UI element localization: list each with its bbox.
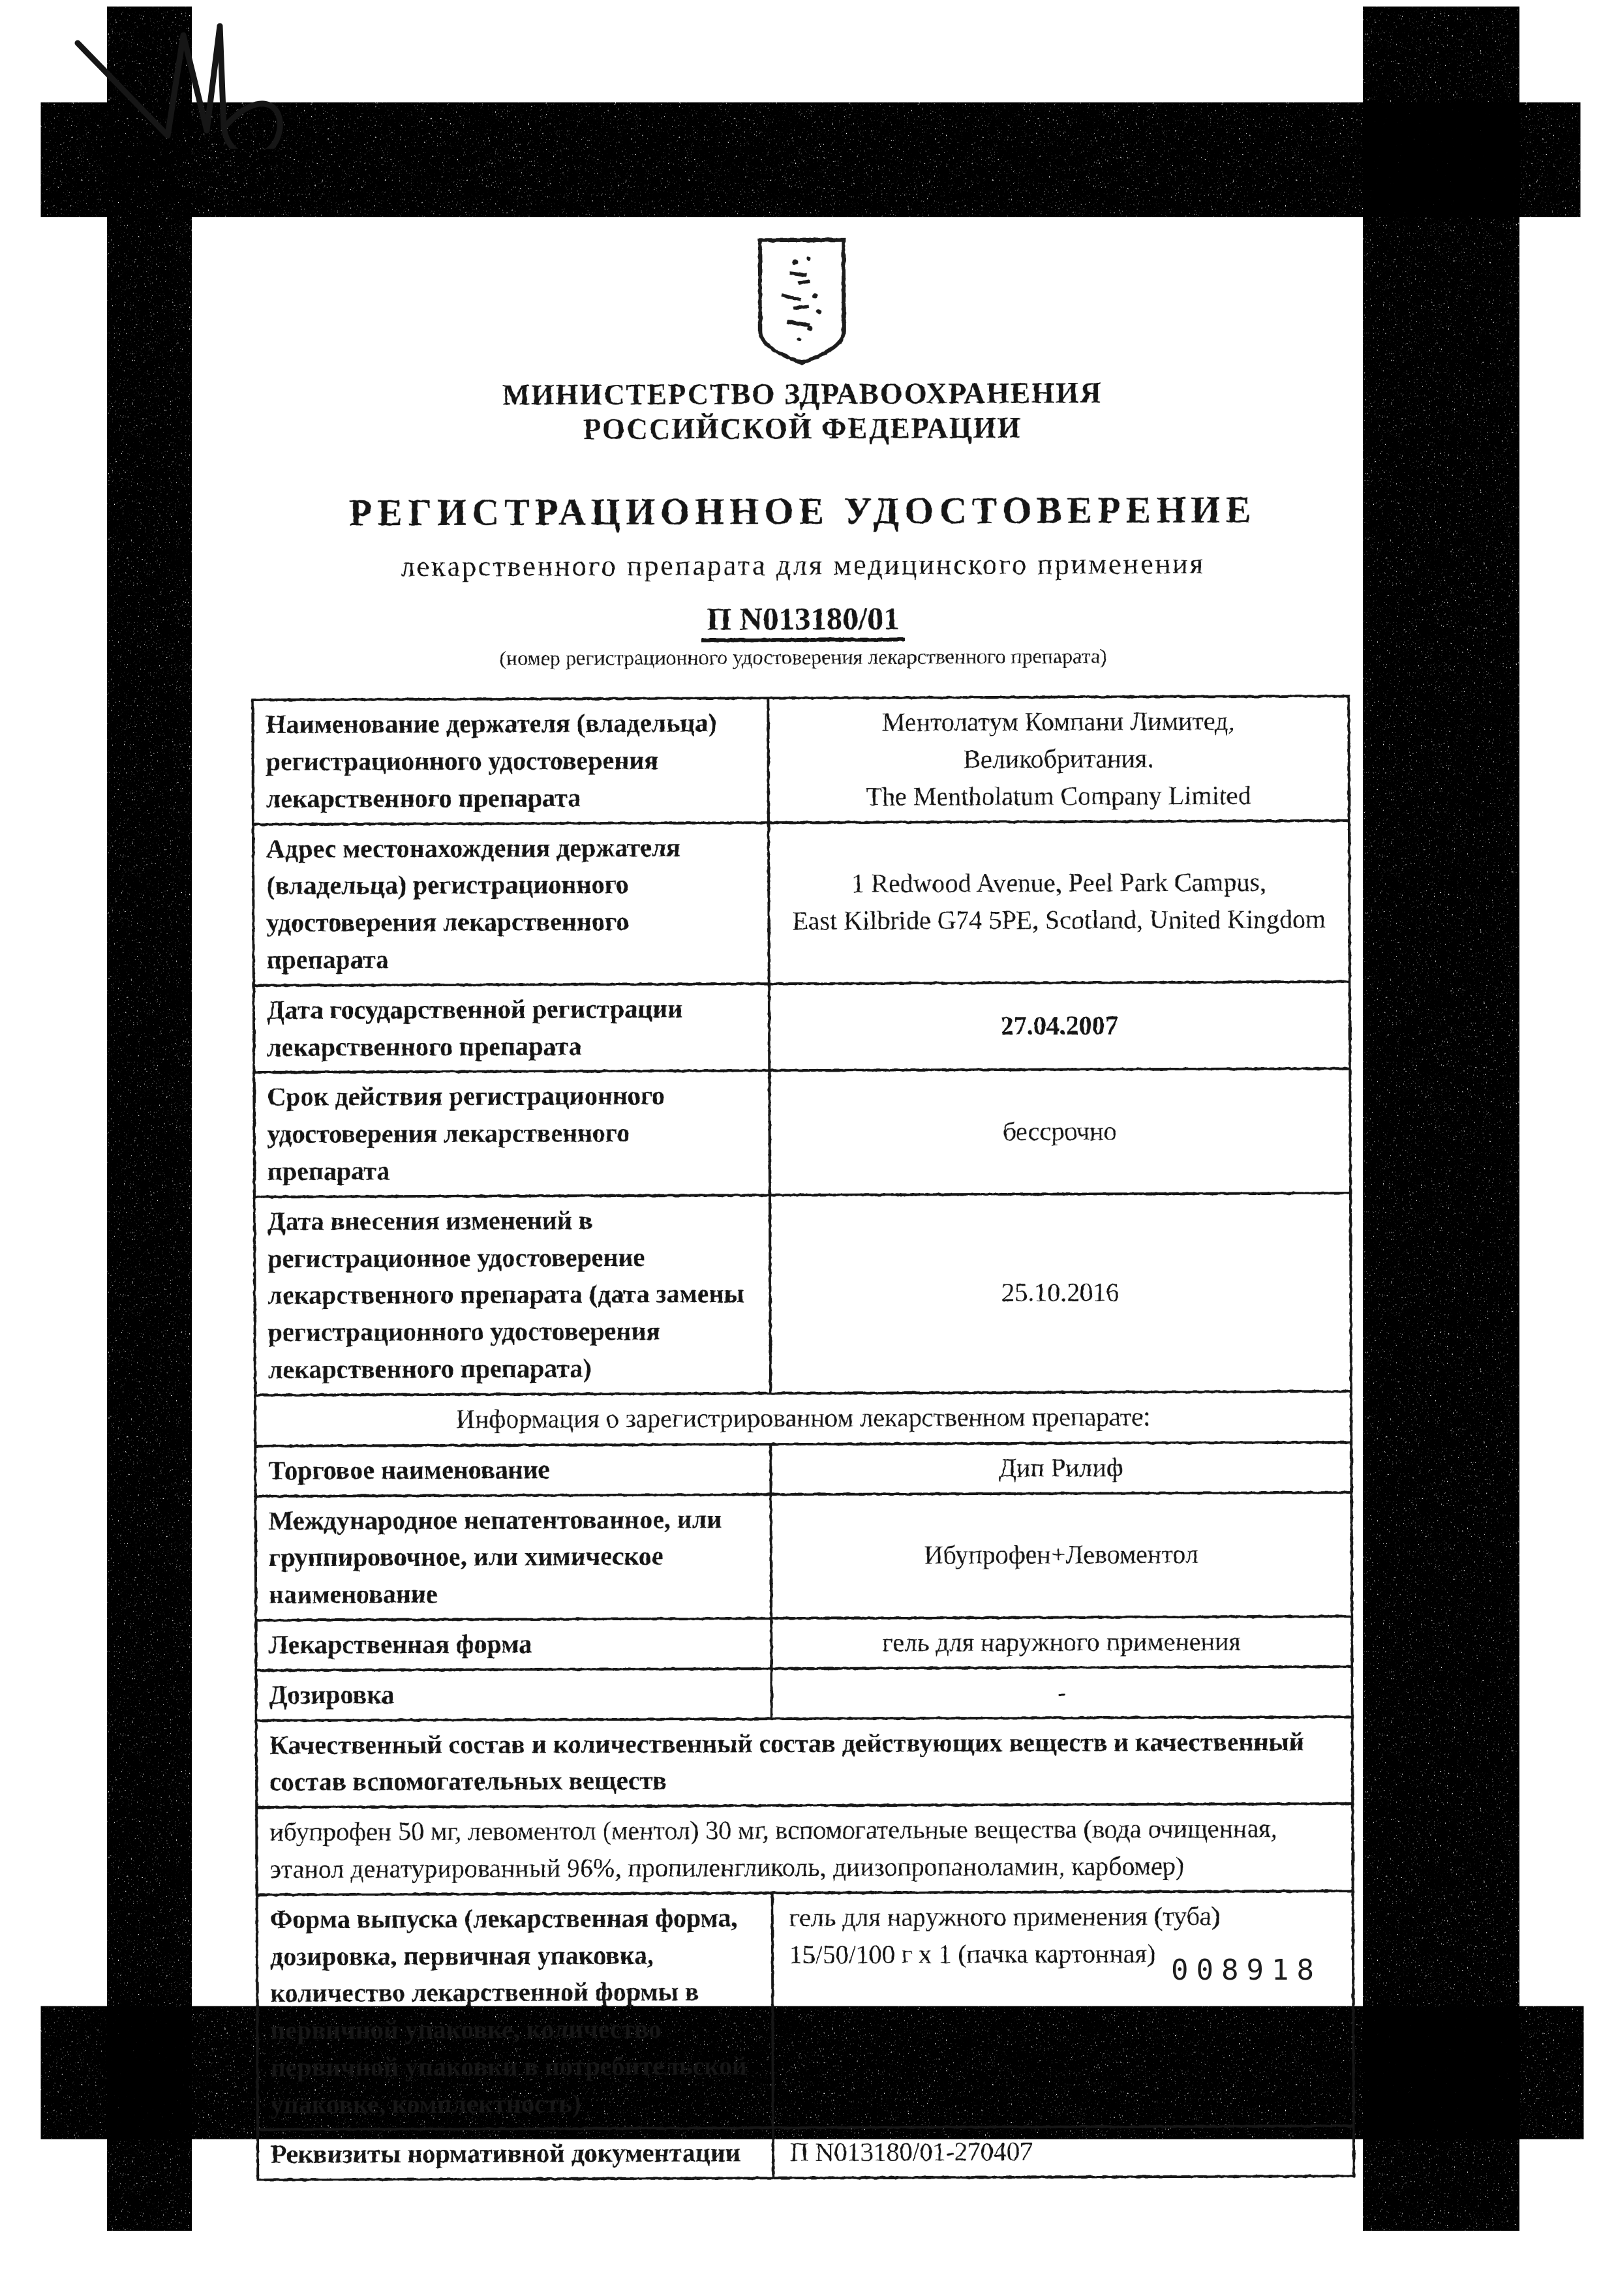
row-value: Ментолатум Компани Лимитед, Великобритан… [768,696,1349,822]
border-band-top [111,108,1510,212]
ministry-line2: РОССИЙСКОЙ ФЕДЕРАЦИИ [251,410,1354,448]
border-ticks [111,108,1510,142]
row-value: 27.04.2007 [769,982,1350,1071]
row-value: - [771,1667,1352,1719]
table-row: Адрес местонахождения держателя (владель… [253,821,1350,986]
composition-header: Качественный состав и количественный сос… [256,1717,1352,1807]
row-value: Ибупрофен+Левоментол [770,1492,1352,1618]
row-label: Срок действия регистрационного удостовер… [254,1071,769,1197]
table-row: Торговое наименование Дип Рилиф [255,1442,1351,1496]
table-row: Качественный состав и количественный сос… [256,1717,1352,1807]
table-row: Информация о зарегистрированном лекарств… [255,1391,1351,1446]
row-label: Реквизиты нормативной документации [258,2128,773,2181]
table-row: Дата внесения изменений в регистрационно… [254,1193,1351,1395]
row-label: Лекарственная форма [256,1618,771,1670]
row-value: П N013180/01-270407 [773,2126,1354,2179]
table-row: Дата государственной регистрации лекарст… [254,982,1350,1072]
border-band-right [1370,108,1512,2130]
table-row: Лекарственная форма гель для наружного п… [256,1616,1352,1670]
table-row: Наименование держателя (владельца) регис… [252,696,1349,824]
ministry-name: МИНИСТЕРСТВО ЗДРАВООХРАНЕНИЯ РОССИЙСКОЙ … [251,375,1354,448]
section-banner: Информация о зарегистрированном лекарств… [255,1391,1351,1446]
row-label: Наименование держателя (владельца) регис… [252,698,768,824]
composition-text: ибупрофен 50 мг, левоментол (ментол) 30 … [256,1804,1352,1894]
table-row: Срок действия регистрационного удостовер… [254,1068,1350,1196]
handwritten-mark [69,12,290,149]
registration-number: П N013180/01 [251,598,1355,639]
row-value: гель для наружного применения [771,1616,1352,1669]
border-band-left [111,108,188,2130]
row-value: Дип Рилиф [770,1442,1352,1494]
serial-number: 008918 [1171,1954,1322,1987]
table-row: Международное непатентованное, или групп… [256,1492,1352,1620]
row-label: Дата государственной регистрации лекарст… [254,984,769,1072]
registration-number-note: (номер регистрационного удостоверения ле… [251,643,1355,671]
row-value: гель для наружного применения (туба) 15/… [772,1891,1354,2128]
row-label: Форма выпуска (лекарственная форма, дози… [257,1893,773,2130]
row-label: Дата внесения изменений в регистрационно… [254,1195,770,1395]
row-label: Торговое наименование [255,1444,770,1496]
row-value: бессрочно [769,1068,1350,1194]
row-label: Адрес местонахождения держателя (владель… [253,823,769,986]
row-label: Международное непатентованное, или групп… [256,1494,771,1620]
document-body: МИНИСТЕРСТВО ЗДРАВООХРАНЕНИЯ РОССИЙСКОЙ … [250,232,1360,2181]
row-value: 25.10.2016 [770,1193,1351,1393]
row-label: Дозировка [256,1669,771,1721]
table-row: Реквизиты нормативной документации П N01… [258,2126,1354,2181]
coat-of-arms-icon [752,234,852,369]
document-title: РЕГИСТРАЦИОННОЕ УДОСТОВЕРЕНИЕ [251,487,1354,535]
row-value: 1 Redwood Avenue, Peel Park Campus, East… [769,821,1350,984]
document-subtitle: лекарственного препарата для медицинског… [251,547,1354,584]
table-row: Форма выпуска (лекарственная форма, дози… [257,1891,1354,2130]
table-row: Дозировка - [256,1667,1352,1721]
scanned-certificate-page: МИНИСТЕРСТВО ЗДРАВООХРАНЕНИЯ РОССИЙСКОЙ … [0,0,1601,2296]
ministry-line1: МИНИСТЕРСТВО ЗДРАВООХРАНЕНИЯ [251,375,1354,414]
table-row: ибупрофен 50 мг, левоментол (ментол) 30 … [256,1804,1352,1894]
